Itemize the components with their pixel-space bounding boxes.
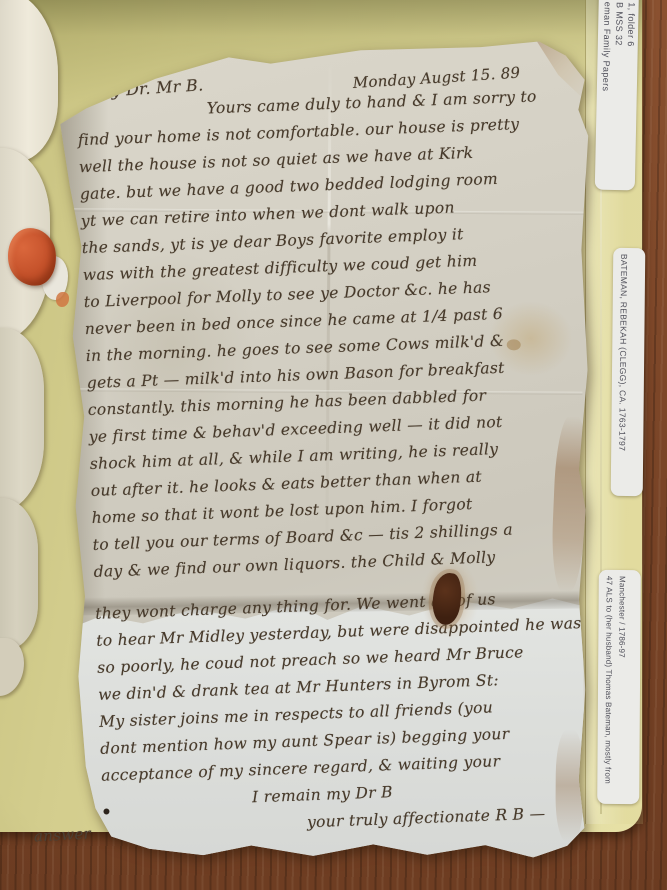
label-item: 47 ALS to (her husband) Thomas Bateman, … (597, 570, 641, 804)
label-author: BATEMAN, REBEKAH (CLEGG), CA. 1763-1797 (611, 248, 646, 496)
letter-page-wrap: My Dr. Mr B. Monday Augst 15. 89 Yours c… (58, 38, 592, 862)
label-collection: eman Family Papers B MSS 32 1, folder 6 (595, 0, 639, 190)
label-line: 1, folder 6 (624, 2, 638, 92)
label-line: BATEMAN, REBEKAH (CLEGG), CA. 1763-1797 (615, 254, 630, 451)
label-item-text: 47 ALS to (her husband) Thomas Bateman, … (597, 570, 631, 788)
letter-body: Yours came duly to hand & I am sorry to … (76, 82, 611, 844)
photograph-of-letter: My Dr. Mr B. Monday Augst 15. 89 Yours c… (0, 0, 667, 890)
label-collection-text: eman Family Papers B MSS 32 1, folder 6 (597, 0, 639, 96)
label-line: eman Family Papers (600, 2, 614, 92)
letter-answer-word: answer (34, 825, 92, 846)
letter-page: My Dr. Mr B. Monday Augst 15. 89 Yours c… (55, 36, 595, 864)
label-author-text: BATEMAN, REBEKAH (CLEGG), CA. 1763-1797 (611, 248, 632, 455)
label-line: 47 ALS to (her husband) Thomas Bateman, … (601, 576, 615, 784)
label-line: Manchester / 1786-97 (614, 576, 628, 784)
